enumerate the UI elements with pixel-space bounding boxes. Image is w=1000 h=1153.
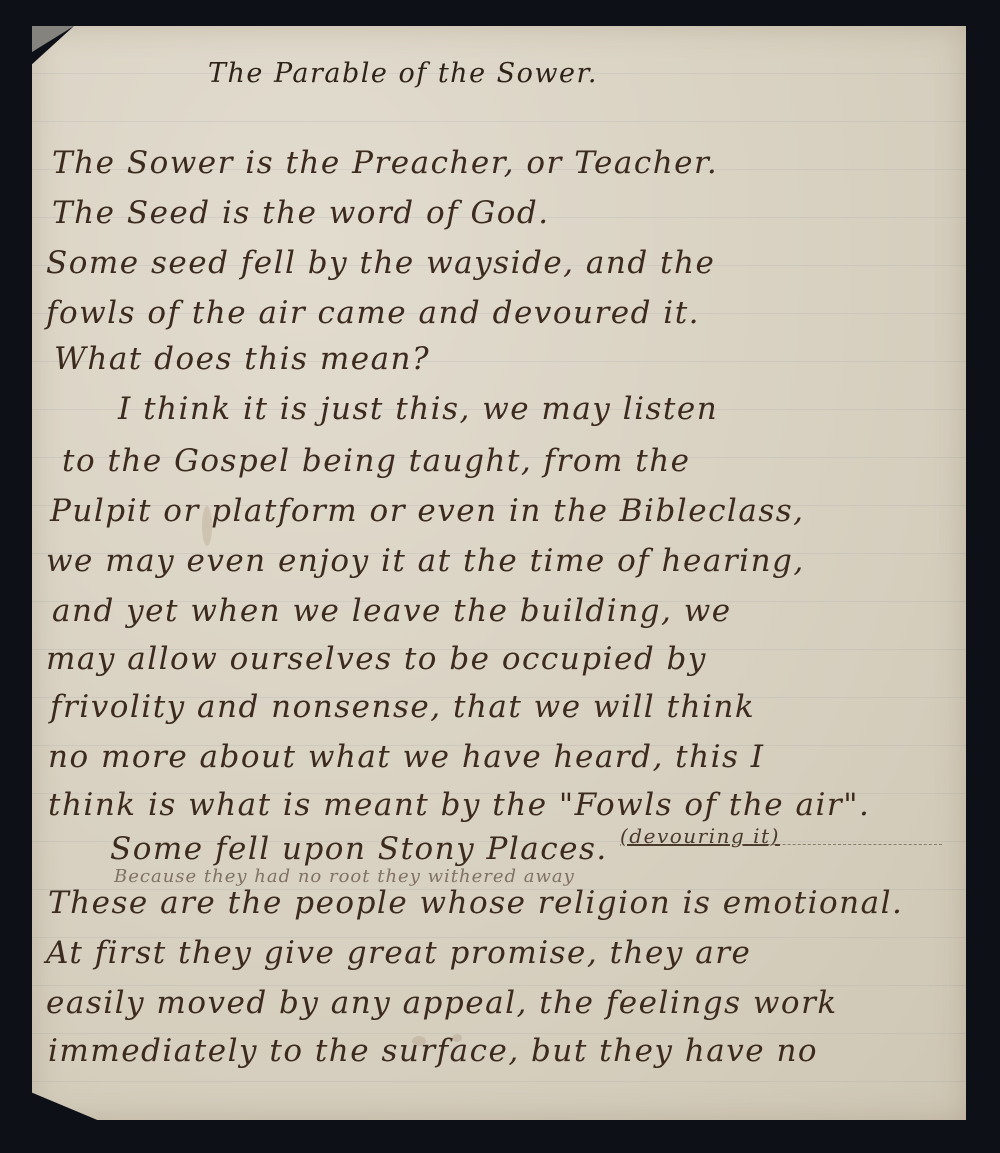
text-line-19: immediately to the surface, but they hav… [48,1036,818,1067]
text-line-11: may allow ourselves to be occupied by [46,644,707,675]
pencil-annotation: Because they had no root they withered a… [114,868,575,886]
insertion-above-text: (devouring it) [620,826,780,846]
text-line-18: easily moved by any appeal, the feelings… [46,988,838,1019]
text-line-8: Pulpit or platform or even in the Biblec… [50,496,805,527]
ink-stain [452,1034,462,1042]
dashed-rule [722,844,942,846]
text-line-2: The Seed is the word of God. [52,198,550,229]
text-line-1: The Sower is the Preacher, or Teacher. [52,148,718,179]
manuscript-page: The Parable of the Sower. The Sower is t… [32,26,966,1120]
ink-stain [202,506,212,546]
folded-corner [32,26,74,52]
ink-stain [412,1036,426,1046]
text-line-14: think is what is meant by the "Fowls of … [48,790,870,821]
text-line-12: frivolity and nonsense, that we will thi… [50,692,755,723]
text-line-15: Some fell upon Stony Places. [110,834,608,865]
text-line-16: These are the people whose religion is e… [48,888,903,919]
text-line-10: and yet when we leave the building, we [52,596,732,627]
text-line-3: Some seed fell by the wayside, and the [46,248,715,279]
text-line-4: fowls of the air came and devoured it. [46,298,700,329]
text-line-7: to the Gospel being taught, from the [62,446,691,477]
text-line-6: I think it is just this, we may listen [118,394,718,425]
text-line-9: we may even enjoy it at the time of hear… [46,546,805,577]
document-title: The Parable of the Sower. [208,60,598,87]
text-line-17: At first they give great promise, they a… [46,938,751,969]
text-line-13: no more about what we have heard, this I [48,742,765,773]
text-line-5: What does this mean? [54,344,430,375]
